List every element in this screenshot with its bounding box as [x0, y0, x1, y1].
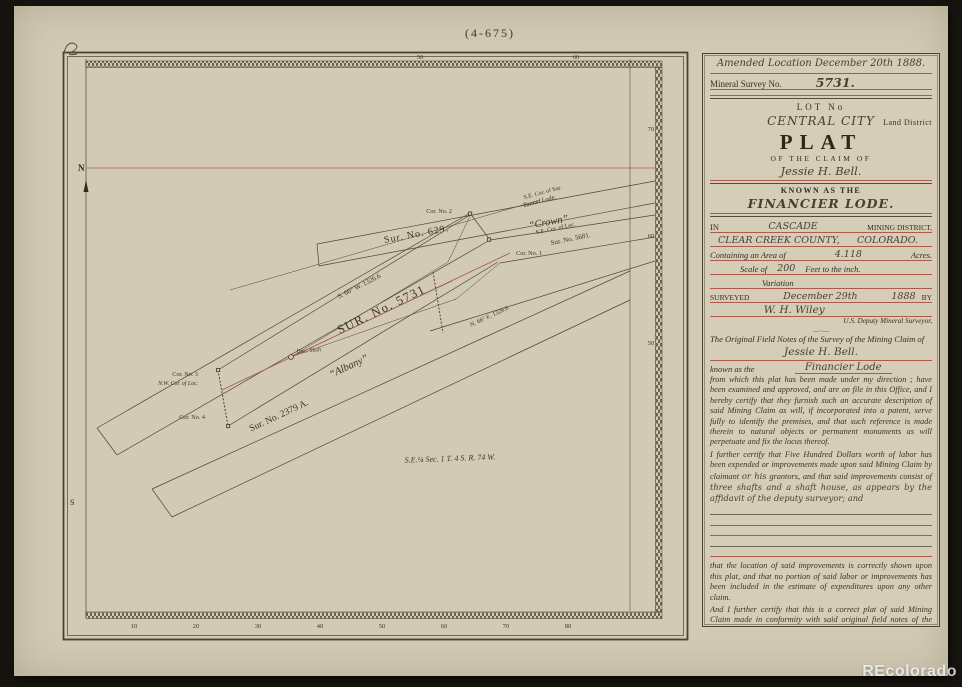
certificate-paragraph-4: And I further certify that this is a cor… — [710, 605, 932, 627]
label-sur-2379: Sur. No. 2379 A. — [248, 398, 310, 434]
blank-rule — [710, 547, 932, 558]
surveyed-row: SURVEYED December 29th 1888 BY — [710, 289, 932, 303]
label-albany: “Albany” — [328, 353, 370, 381]
land-district-label: Land District — [883, 119, 932, 127]
section-divider — [710, 183, 932, 184]
blank-rule — [710, 505, 932, 516]
blank-rule — [710, 526, 932, 537]
scale-value: 200 — [777, 264, 795, 274]
label-disc-shaft: Disc. Shaft — [296, 346, 321, 355]
variation-label: Variation — [762, 279, 794, 288]
acres-label: Acres. — [911, 251, 932, 260]
surveyed-date: December 29th — [783, 292, 857, 302]
north-arrow-icon — [84, 180, 89, 192]
section-divider — [710, 216, 932, 217]
ruler-numbers: 50 60 10 20 30 40 50 60 70 80 70 60 50 — [131, 54, 655, 630]
lode-name-2: Financier Lode — [795, 363, 892, 375]
ruler-bottom-num: 10 — [131, 623, 138, 630]
scale-label: Scale of — [740, 265, 767, 274]
certify-2b: or his — [742, 471, 767, 481]
label-sur-5681: Sur. No. 5681. — [550, 231, 592, 247]
label-cor-3: Cor. No. 3 — [172, 371, 198, 378]
certify-2c: grantors, and that said improvements con… — [769, 472, 932, 481]
blank-rule — [710, 515, 932, 526]
ruler-right-num: 60 — [648, 233, 655, 240]
blank-rule — [710, 90, 932, 96]
claimant-name-2: Jessie H. Bell. — [710, 347, 932, 361]
area-value: 4.118 — [835, 250, 862, 260]
known-as-row: known as the Financier Lode — [710, 361, 932, 374]
map-ruler-strips — [86, 61, 662, 619]
ruler-bottom-num: 50 — [379, 623, 386, 630]
south-marker: S — [70, 498, 74, 507]
ruler-bottom-num: 30 — [255, 623, 262, 630]
area-row: Containing an Area of 4.118 Acres. — [710, 247, 932, 261]
title-panel: Amended Location December 20th 1888. Min… — [702, 53, 940, 627]
section-divider — [710, 98, 932, 99]
ruler-bottom-num: 80 — [565, 623, 572, 630]
claimant-name: Jessie H. Bell. — [710, 165, 932, 181]
north-marker: N — [78, 163, 85, 173]
mineral-survey-label: Mineral Survey No. — [710, 80, 782, 89]
surveyed-label: SURVEYED — [710, 294, 749, 302]
surveyed-year: 1888 — [891, 292, 915, 302]
label-cor-4: Cor. No. 4 — [179, 414, 205, 421]
label-sur-629: Sur. No. 629. — [383, 223, 450, 246]
label-cor-1: Cor. No. 1 — [516, 250, 542, 257]
land-district-row: Central City Land District — [710, 115, 932, 131]
lot-number-label: LOT No — [710, 101, 932, 115]
label-cor-2: Cor. No. 2 — [426, 208, 452, 215]
surveyor-name-row: W. H. Wiley — [710, 303, 932, 317]
watermark: REcolorado — [862, 663, 957, 681]
ruler-bottom-num: 40 — [317, 623, 324, 630]
in-label: IN — [710, 223, 719, 232]
district-city: Central City — [767, 114, 875, 128]
mining-district-name: Cascade — [768, 222, 817, 232]
blank-rule — [710, 536, 932, 547]
certify-2d: three shafts and a shaft house, as appea… — [710, 482, 932, 503]
known-as-lower: known as the — [710, 365, 754, 374]
survey-lines — [97, 181, 655, 517]
certificate-paragraph-3: that the location of said improvements i… — [710, 561, 932, 603]
mining-district-row: IN Cascade MINING DISTRICT, — [710, 219, 932, 233]
mining-district-label: MINING DISTRICT, — [867, 224, 932, 232]
surveyor-name: W. H. Wiley — [764, 305, 825, 316]
ruler-bottom-num: 60 — [441, 623, 448, 630]
mineral-survey-number: 5731. — [816, 76, 855, 89]
by-label: BY — [922, 294, 932, 302]
map-border — [64, 53, 688, 640]
label-section: S.E.¼ Sec. 1 T. 4 S. R. 74 W. — [404, 452, 495, 464]
map-labels: Sur. No. 629. SUR. No. 5731 S. 66° W. 13… — [157, 184, 591, 465]
plat-title: PLAT — [710, 131, 932, 155]
mineral-survey-row: Mineral Survey No. 5731. — [710, 74, 932, 90]
county-row: Clear Creek County, Colorado. — [710, 233, 932, 247]
state-name: Colorado. — [857, 236, 918, 246]
area-label: Containing an Area of — [710, 251, 786, 260]
certificate-paragraph-2: I further certify that Five Hundred Doll… — [710, 450, 932, 505]
ruler-right-num: 70 — [648, 126, 655, 133]
ruler-right-num: 50 — [648, 340, 655, 347]
scale-unit: Feet to the inch. — [805, 265, 860, 274]
lode-name: Financier Lode. — [710, 197, 932, 214]
ruler-top-num: 50 — [417, 54, 424, 61]
county-name: Clear Creek County, — [718, 236, 840, 246]
scale-row: Scale of 200 Feet to the inch. — [710, 261, 932, 275]
discovery-shaft-icon — [289, 355, 294, 360]
ruler-top-num: 60 — [573, 54, 580, 61]
ruler-bottom-num: 20 — [193, 623, 200, 630]
scanned-plat-page: { "page": { "sheet_code": "(4-675)", "wa… — [0, 0, 962, 687]
certificate-paragraph-1: from which this plat has been made under… — [710, 375, 932, 448]
ruler-bottom-num: 70 — [503, 623, 510, 630]
variation-row: Variation — [710, 275, 932, 289]
amended-location-line: Amended Location December 20th 1888. — [710, 58, 932, 74]
label-nw-cor-loc: N.W. Cor. of Loc. — [157, 380, 198, 387]
